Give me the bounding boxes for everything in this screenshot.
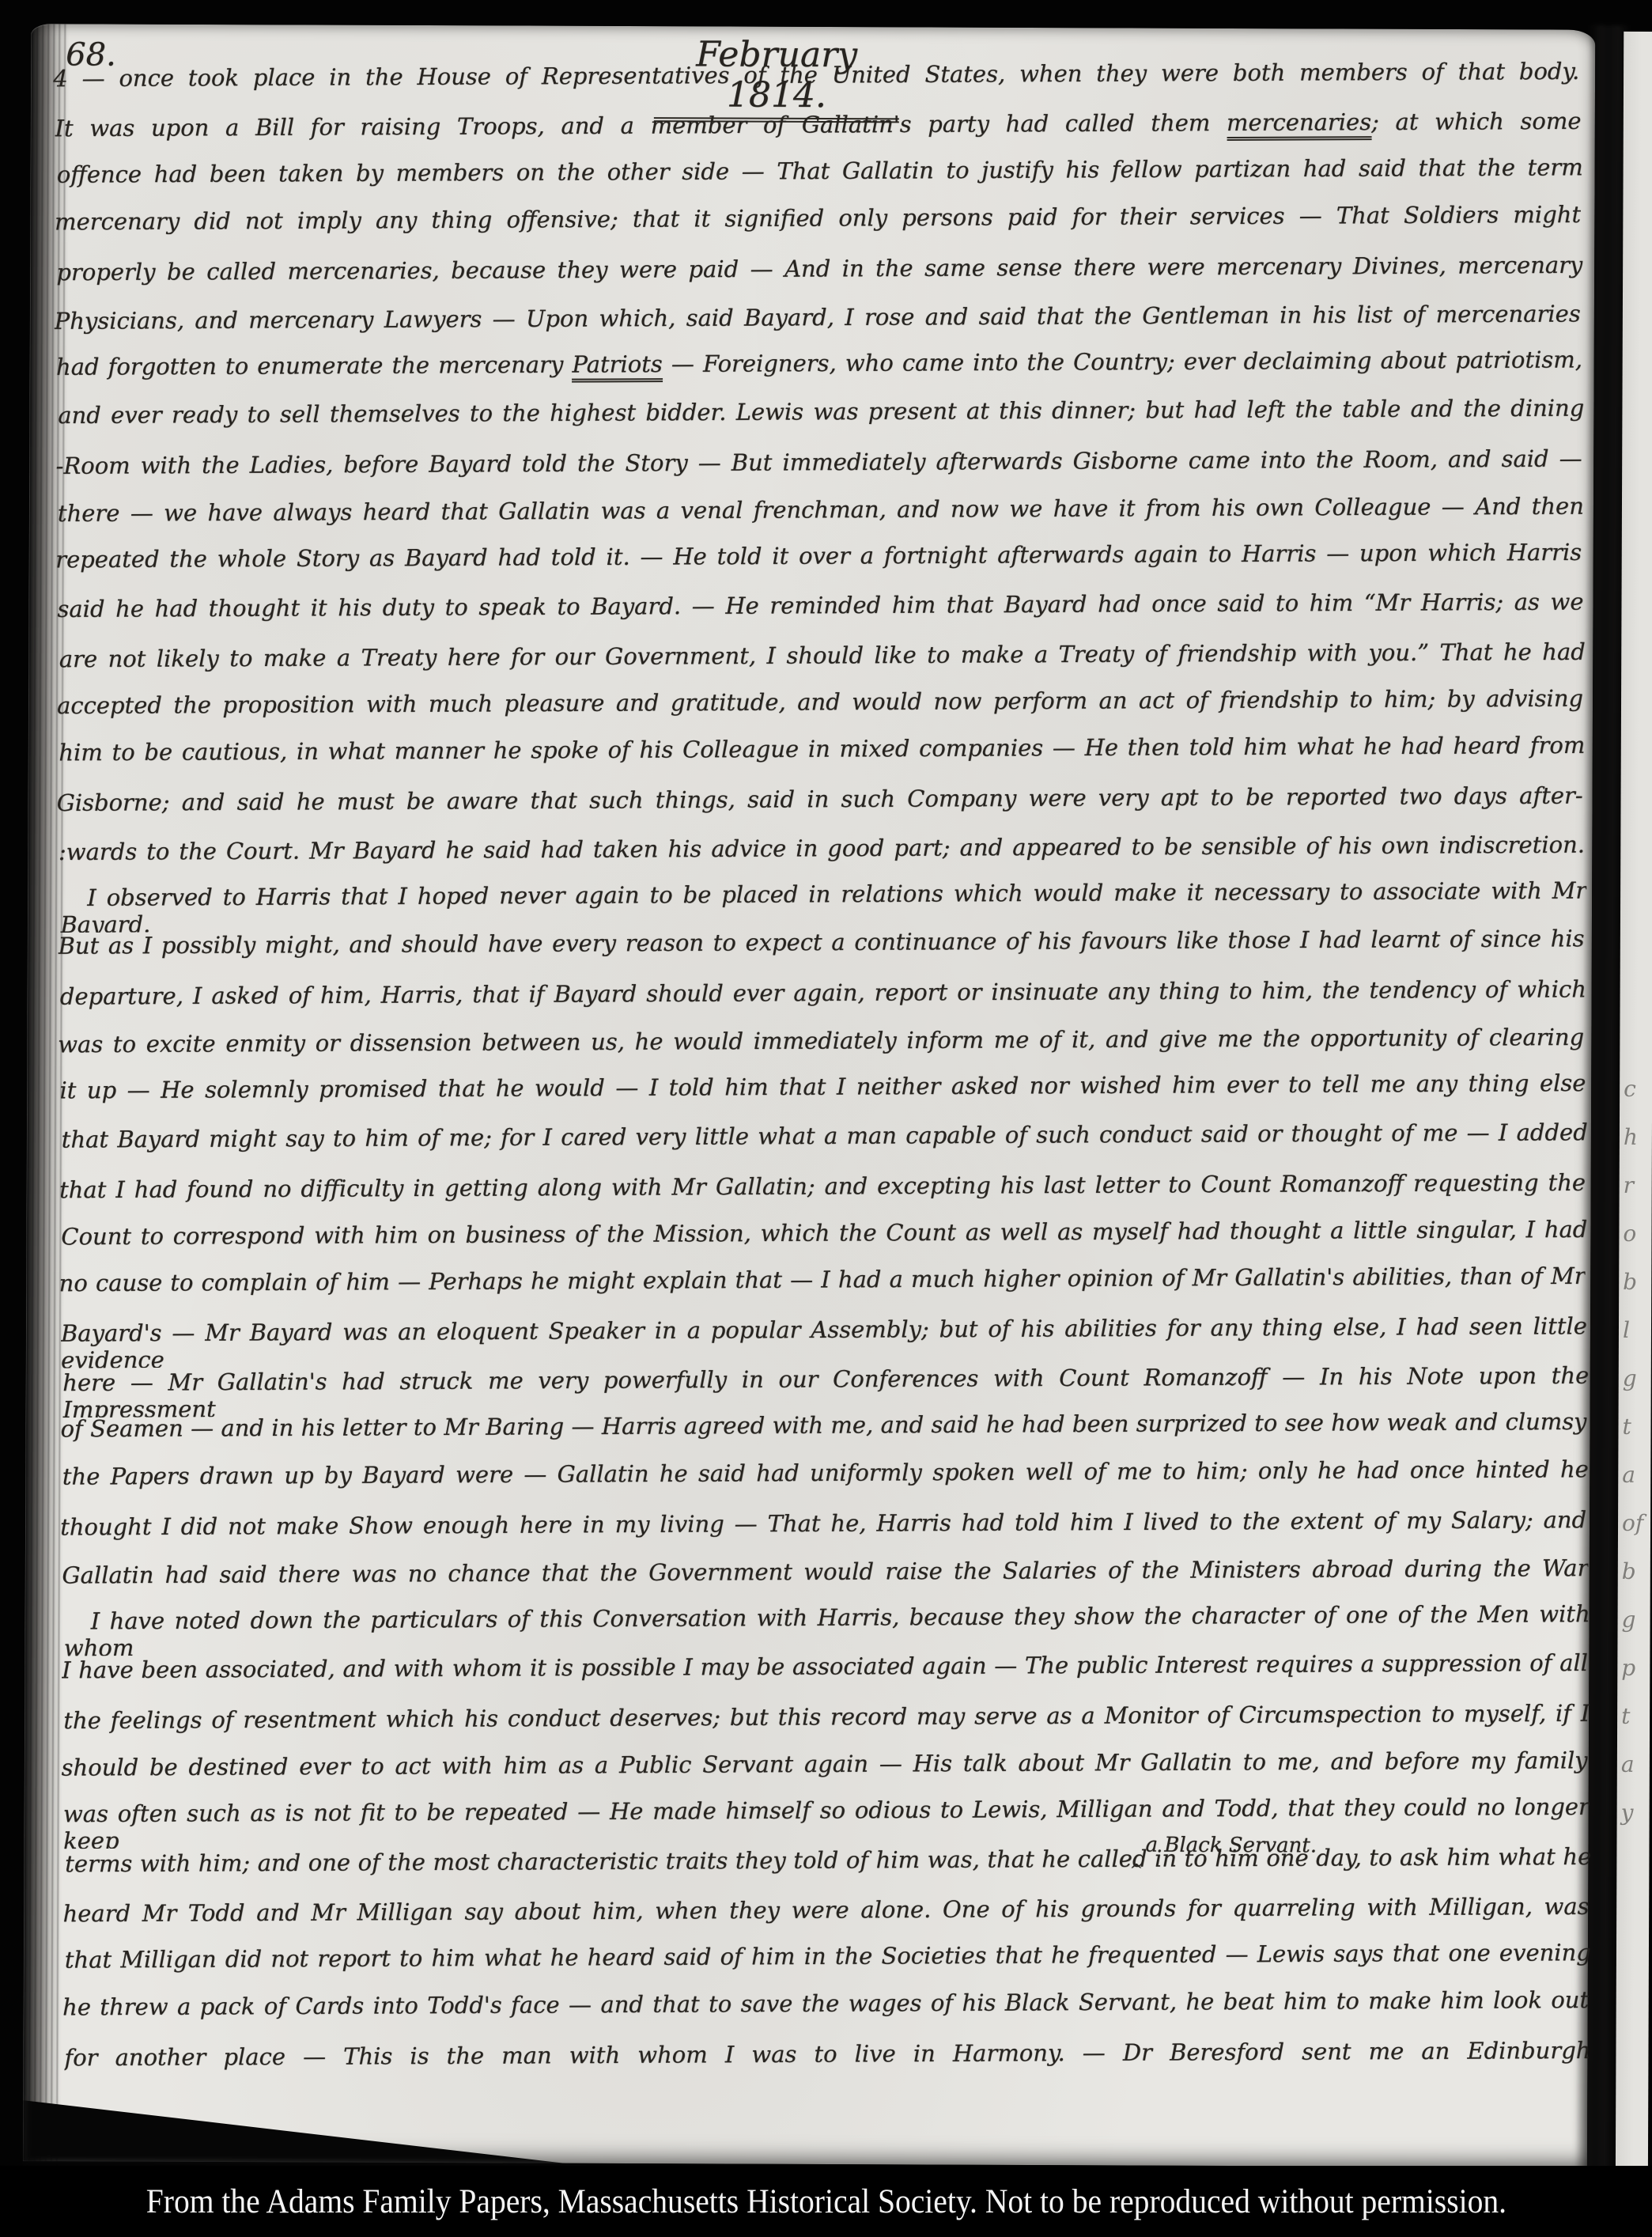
next-page-text-fragment: a (1622, 1462, 1635, 1488)
manuscript-line: 4 — once took place in the House of Repr… (53, 58, 1579, 113)
manuscript-line: said he had thought it his duty to speak… (57, 589, 1583, 644)
manuscript-line: had forgotten to enumerate the mercenary… (56, 346, 1582, 401)
manuscript-line: departure, I asked of him, Harris, that … (60, 975, 1586, 1031)
next-page-text-fragment: o (1623, 1221, 1636, 1247)
next-page-text-fragment: t (1621, 1703, 1630, 1729)
manuscript-line: was often such as is not fit to be repea… (63, 1793, 1590, 1849)
manuscript-line: Bayard's — Mr Bayard was an eloquent Spe… (61, 1312, 1587, 1368)
next-page-text-fragment: g (1623, 1365, 1637, 1391)
next-page-text-fragment: b (1622, 1558, 1636, 1584)
manuscript-line: -Room with the Ladies, before Bayard tol… (55, 445, 1582, 501)
manuscript-line: for another place — This is the man with… (64, 2037, 1590, 2092)
manuscript-line: offence had been taken by members on the… (57, 153, 1583, 209)
manuscript-line: the Papers drawn up by Bayard were — Gal… (62, 1455, 1589, 1511)
next-page-text-fragment: c (1624, 1076, 1636, 1102)
manuscript-line: terms with him; and one of the most char… (65, 1843, 1591, 1898)
manuscript-line: repeated the whole Story as Bayard had t… (55, 539, 1582, 594)
manuscript-line: it up — He solemnly promised that he wou… (59, 1069, 1586, 1125)
manuscript-line: no cause to complain of him — Perhaps he… (59, 1262, 1586, 1318)
manuscript-line: that Bayard might say to him of me; for … (62, 1118, 1588, 1174)
archive-credit-caption: From the Adams Family Papers, Massachuse… (146, 2182, 1506, 2221)
manuscript-line: that Milligan did not report to him what… (65, 1939, 1591, 1994)
manuscript-page: 68. February 1814. 4 — once took place i… (23, 24, 1595, 2167)
footer-bar: From the Adams Family Papers, Massachuse… (0, 2166, 1652, 2237)
insertion-caret-mark: ^ (1129, 1860, 1143, 1879)
manuscript-line: and ever ready to sell themselves to the… (58, 395, 1584, 450)
manuscript-line: I observed to Harris that I hoped never … (60, 877, 1586, 933)
manuscript-line: the feelings of resentment which his con… (63, 1700, 1590, 1755)
manuscript-line: thought I did not make Show enough here … (60, 1506, 1586, 1561)
next-page-text-fragment: g (1622, 1607, 1636, 1633)
manuscript-line: properly be called mercenaries, because … (56, 252, 1582, 307)
next-page-text-fragment: l (1623, 1317, 1630, 1343)
manuscript-lines: 4 — once took place in the House of Repr… (55, 58, 1591, 2106)
manuscript-line: I have been associated, and with whom it… (62, 1649, 1588, 1705)
manuscript-line: I have noted down the particulars of thi… (64, 1600, 1590, 1656)
next-page-text-fragment: b (1623, 1269, 1637, 1295)
manuscript-line: of Seamen — and in his letter to Mr Bari… (60, 1408, 1586, 1463)
next-page-text-fragment: of (1622, 1510, 1643, 1536)
manuscript-line: him to be cautious, in what manner he sp… (59, 732, 1585, 787)
next-page-text-fragment: a (1621, 1751, 1635, 1777)
next-page-text-fragment: y (1621, 1800, 1634, 1826)
next-page-text-fragment: h (1624, 1124, 1638, 1150)
manuscript-line: mercenary did not imply any thing offens… (55, 201, 1581, 256)
manuscript-line: But as I possibly might, and should have… (58, 925, 1584, 980)
next-page-text-fragment: p (1621, 1655, 1635, 1681)
manuscript-line: he threw a pack of Cards into Todd's fac… (62, 1986, 1589, 2042)
next-page-text-fragment: r (1624, 1172, 1635, 1198)
next-page-text-fragment: t (1622, 1414, 1631, 1440)
scanned-book-photo: 68. February 1814. 4 — once took place i… (0, 0, 1652, 2237)
manuscript-line: Gisborne; and said he must be aware that… (57, 782, 1583, 838)
interline-insertion-note: a Black Servant. (1145, 1834, 1317, 1858)
